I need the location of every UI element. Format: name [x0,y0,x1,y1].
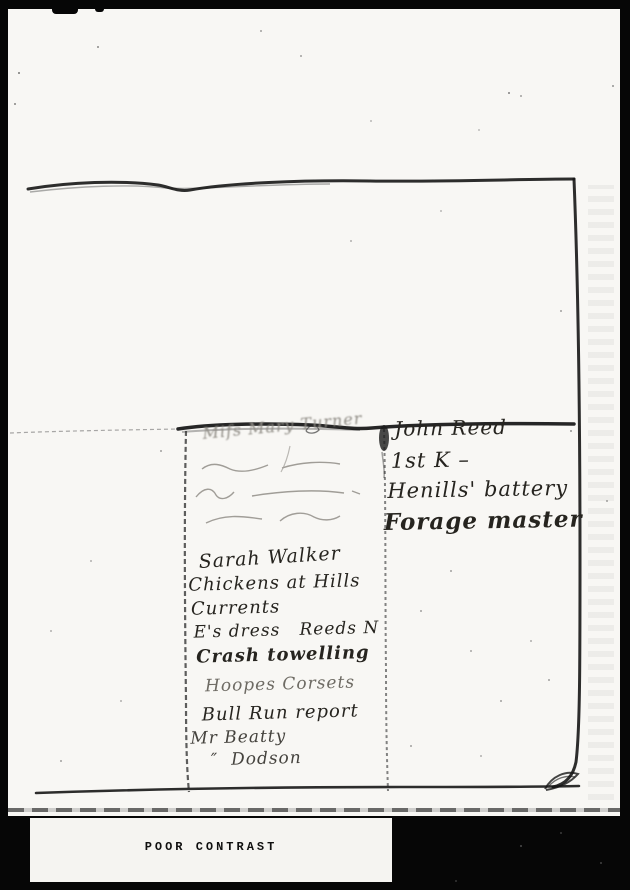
handwritten-line: John Reed [394,417,507,439]
poor-contrast-stamp: POOR CONTRAST [30,818,392,882]
film-area-specks [0,0,2,2]
handwritten-line: Forage master [384,508,583,534]
handwritten-line: ″ Dodson [211,750,302,769]
handwritten-line: Currents [191,598,281,618]
handwritten-line: E's dress Reeds N [193,620,379,642]
handwritten-line: Bull Run report [202,702,359,724]
handwritten-line: 1st K – [391,450,470,472]
handwritten-line: Hoopes Corsets [205,674,355,695]
handwritten-line: Henills' battery [387,478,568,502]
right-handwriting-column: John Reed 1st K – Henills' battery Forag… [384,412,577,565]
stamp-label: POOR CONTRAST [145,840,278,854]
handwritten-line: Chickens at Hills [188,572,361,595]
middle-handwriting-column: Mifs Mary Turner Sarah Walker Chickens a… [178,414,390,799]
microfilm-scan: Mifs Mary Turner Sarah Walker Chickens a… [0,0,630,890]
handwritten-line: Crash towelling [196,644,370,667]
mid-rule-faint [10,429,178,433]
handwritten-line: Sarah Walker [198,544,341,572]
handwritten-line: Mr Beatty [190,728,286,748]
